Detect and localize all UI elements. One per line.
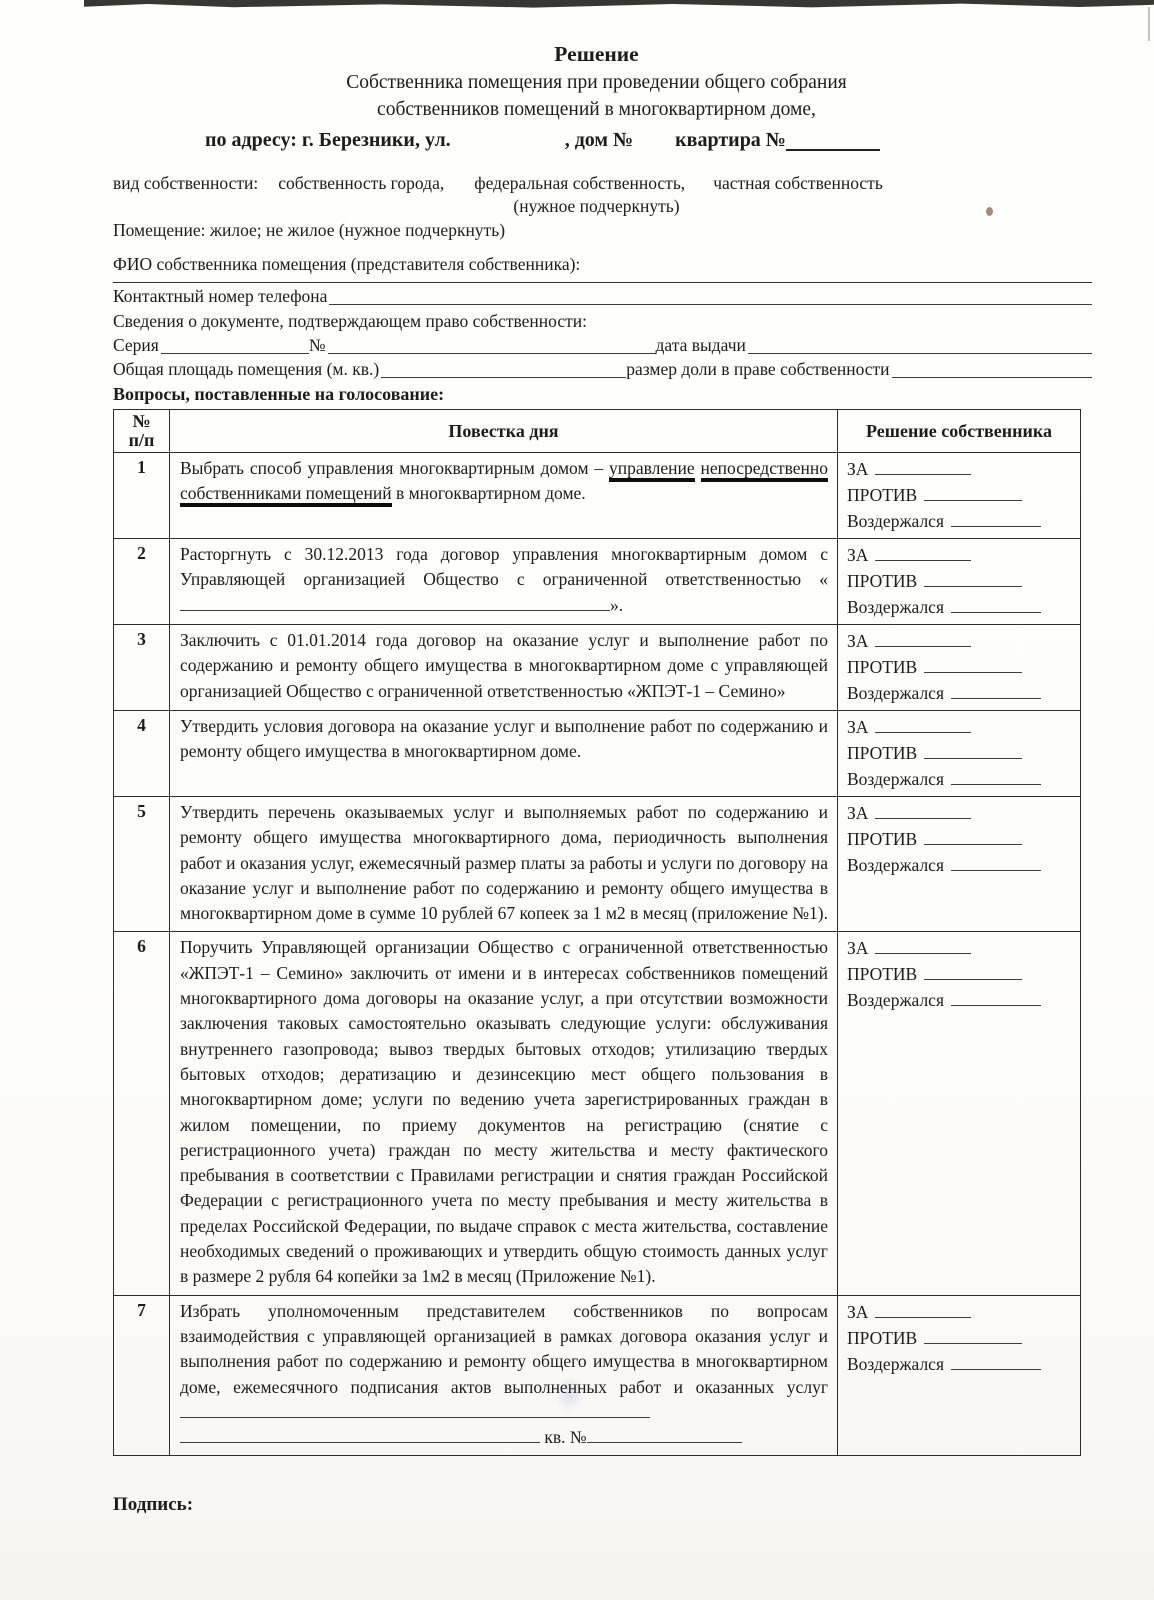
decision-option-label: ЗА bbox=[847, 717, 868, 737]
table-row: 5Утвердить перечень оказываемых услуг и … bbox=[114, 797, 1081, 932]
decision-option: ЗА bbox=[847, 542, 1076, 568]
decision-cell: ЗАПРОТИВВоздержался bbox=[838, 797, 1081, 932]
owner-name-blank-line bbox=[113, 276, 1092, 283]
decision-cell: ЗАПРОТИВВоздержался bbox=[838, 932, 1081, 1295]
agenda-text-segment bbox=[695, 458, 701, 478]
agenda-text: Выбрать способ управления многоквартирны… bbox=[170, 453, 838, 539]
address-house-label: , дом № bbox=[565, 125, 633, 155]
column-header-decision: Решение собственника bbox=[838, 410, 1081, 453]
ownership-option-private: частная собственность bbox=[713, 173, 883, 194]
decision-option: ЗА bbox=[847, 800, 1076, 826]
decision-blank bbox=[924, 1326, 1022, 1344]
number-label: № bbox=[309, 334, 326, 357]
ownership-option-city: собственность города, bbox=[278, 173, 444, 194]
agenda-text-segment: Утвердить условия договора на оказание у… bbox=[180, 716, 828, 761]
decision-option: ПРОТИВ bbox=[847, 826, 1076, 852]
column-header-agenda: Повестка дня bbox=[170, 410, 838, 453]
row-number: 2 bbox=[114, 539, 170, 625]
table-row: 3Заключить с 01.01.2014 года договор на … bbox=[114, 625, 1081, 711]
phone-label: Контактный номер телефона bbox=[113, 285, 327, 308]
decision-option: ЗА bbox=[847, 935, 1076, 961]
decision-blank bbox=[875, 937, 971, 955]
agenda-text-segment: Избрать уполномоченным представителем со… bbox=[180, 1301, 828, 1397]
document-title: Решение bbox=[113, 40, 1080, 69]
row-number: 6 bbox=[114, 932, 170, 1295]
decision-blank bbox=[951, 509, 1041, 527]
decision-option-label: ЗА bbox=[847, 459, 868, 479]
decision-option-label: ПРОТИВ bbox=[847, 743, 917, 763]
scan-artifact-right-mark bbox=[1148, 7, 1150, 41]
decision-blank bbox=[924, 483, 1022, 501]
decision-option: Воздержался bbox=[847, 1351, 1076, 1377]
issue-date-label: дата выдачи bbox=[656, 334, 746, 357]
ownership-share-blank bbox=[892, 377, 1092, 378]
decision-cell: ЗАПРОТИВВоздержался bbox=[838, 625, 1081, 711]
decision-option-label: ПРОТИВ bbox=[847, 1328, 917, 1348]
row-number: 1 bbox=[114, 453, 170, 539]
table-row: 6Поручить Управляющей организации Общест… bbox=[114, 932, 1081, 1295]
blank-line bbox=[180, 1400, 650, 1418]
underline-instruction-note: (нужное подчеркнуть) bbox=[113, 195, 1080, 218]
decision-option: ЗА bbox=[847, 456, 1076, 482]
blank-line bbox=[180, 593, 610, 611]
table-row: 1Выбрать способ управления многоквартирн… bbox=[114, 453, 1081, 539]
document-subtitle-line2: собственников помещений в многоквартирно… bbox=[113, 96, 1080, 123]
decision-blank bbox=[951, 989, 1041, 1007]
decision-blank bbox=[924, 827, 1022, 845]
decision-blank bbox=[951, 767, 1041, 785]
decision-option: Воздержался bbox=[847, 766, 1076, 792]
decision-cell: ЗАПРОТИВВоздержался bbox=[838, 539, 1081, 625]
decision-cell: ЗАПРОТИВВоздержался bbox=[838, 1295, 1081, 1456]
ownership-type-line: вид собственности: собственность города,… bbox=[113, 173, 1080, 194]
apartment-number-blank bbox=[786, 149, 880, 151]
decision-option-label: Воздержался bbox=[847, 769, 944, 789]
decision-blank bbox=[875, 629, 971, 647]
ownership-option-federal: федеральная собственность, bbox=[474, 173, 685, 194]
hand-underlined-text: управление bbox=[609, 458, 695, 482]
table-row: 4Утвердить условия договора на оказание … bbox=[114, 711, 1081, 797]
decision-blank bbox=[924, 569, 1022, 587]
voting-table: № п/п Повестка дня Решение собственника … bbox=[113, 409, 1081, 1456]
document-page: Решение Собственника помещения при прове… bbox=[0, 0, 1154, 1600]
decision-option: ЗА bbox=[847, 628, 1076, 654]
table-row: 7Избрать уполномоченным представителем с… bbox=[114, 1295, 1081, 1456]
questions-heading: Вопросы, поставленные на голосование: bbox=[113, 382, 1080, 406]
address-prefix: по адресу: г. Березники, ул. bbox=[205, 125, 451, 155]
agenda-text: Поручить Управляющей организации Обществ… bbox=[170, 932, 838, 1295]
issue-date-blank bbox=[748, 353, 1092, 354]
table-row: 2Расторгнуть с 30.12.2013 года договор у… bbox=[114, 539, 1081, 625]
decision-blank bbox=[875, 801, 971, 819]
decision-option: ПРОТИВ bbox=[847, 482, 1076, 508]
row-number: 5 bbox=[114, 797, 170, 932]
premises-type-line: Помещение: жилое; не жилое (нужное подче… bbox=[113, 219, 1080, 242]
decision-option: Воздержался bbox=[847, 987, 1076, 1013]
number-sign: № bbox=[118, 412, 165, 431]
document-content: Решение Собственника помещения при прове… bbox=[113, 0, 1080, 1516]
table-header-row: № п/п Повестка дня Решение собственника bbox=[114, 410, 1081, 453]
decision-option-label: ПРОТИВ bbox=[847, 571, 917, 591]
decision-option-label: Воздержался bbox=[847, 855, 944, 875]
decision-cell: ЗАПРОТИВВоздержался bbox=[838, 711, 1081, 797]
agenda-text-segment: в многоквартирном доме. bbox=[392, 483, 586, 503]
decision-blank bbox=[951, 595, 1041, 613]
decision-option-label: Воздержался bbox=[847, 990, 944, 1010]
decision-option-label: ЗА bbox=[847, 631, 868, 651]
column-header-number: № п/п bbox=[114, 410, 170, 453]
address-apartment-label: квартира № bbox=[675, 125, 786, 155]
signature-label: Подпись: bbox=[113, 1494, 1080, 1516]
decision-option: ПРОТИВ bbox=[847, 654, 1076, 680]
decision-cell: ЗАПРОТИВВоздержался bbox=[838, 453, 1081, 539]
document-subtitle-line1: Собственника помещения при проведении об… bbox=[113, 69, 1080, 96]
address-line: по адресу: г. Березники, ул. , дом № ква… bbox=[205, 125, 1080, 155]
number-sign-sub: п/п bbox=[118, 431, 165, 450]
decision-blank bbox=[924, 741, 1022, 759]
decision-option-label: ПРОТИВ bbox=[847, 964, 917, 984]
series-blank bbox=[161, 353, 309, 354]
agenda-text-segment: Расторгнуть с 30.12.2013 года договор уп… bbox=[180, 544, 828, 589]
decision-blank bbox=[951, 853, 1041, 871]
decision-option: ПРОТИВ bbox=[847, 961, 1076, 987]
agenda-text-segment: Утвердить перечень оказываемых услуг и в… bbox=[180, 802, 828, 923]
decision-blank bbox=[924, 655, 1022, 673]
decision-option-label: ПРОТИВ bbox=[847, 657, 917, 677]
decision-option: Воздержался bbox=[847, 594, 1076, 620]
row-number: 7 bbox=[114, 1295, 170, 1456]
decision-option: ЗА bbox=[847, 714, 1076, 740]
decision-option: Воздержался bbox=[847, 680, 1076, 706]
decision-option: Воздержался bbox=[847, 852, 1076, 878]
agenda-text-segment: Поручить Управляющей организации Обществ… bbox=[180, 937, 828, 1286]
ownership-label: вид собственности: bbox=[113, 173, 258, 194]
agenda-text-segment: Заключить с 01.01.2014 года договор на о… bbox=[180, 630, 828, 701]
number-blank bbox=[328, 353, 656, 354]
decision-option-label: ЗА bbox=[847, 545, 868, 565]
agenda-text: Утвердить перечень оказываемых услуг и в… bbox=[170, 797, 838, 932]
blank-line bbox=[180, 1426, 540, 1444]
agenda-text: Утвердить условия договора на оказание у… bbox=[170, 711, 838, 797]
decision-option-label: ПРОТИВ bbox=[847, 829, 917, 849]
area-label: Общая площадь помещения (м. кв.) bbox=[113, 358, 379, 381]
decision-option-label: Воздержался bbox=[847, 511, 944, 531]
agenda-text-segment: Выбрать способ управления многоквартирны… bbox=[180, 458, 609, 478]
area-line: Общая площадь помещения (м. кв.) размер … bbox=[113, 358, 1080, 381]
decision-option-label: ЗА bbox=[847, 938, 868, 958]
decision-option: ЗА bbox=[847, 1299, 1076, 1325]
agenda-text: Расторгнуть с 30.12.2013 года договор уп… bbox=[170, 539, 838, 625]
phone-blank bbox=[329, 304, 1092, 305]
series-line: Серия № дата выдачи bbox=[113, 334, 1080, 357]
decision-blank bbox=[875, 543, 971, 561]
row-number: 4 bbox=[114, 711, 170, 797]
area-blank bbox=[381, 377, 626, 378]
document-header: Решение Собственника помещения при прове… bbox=[113, 40, 1080, 123]
owner-name-label: ФИО собственника помещения (представител… bbox=[113, 253, 1080, 276]
ownership-share-label: размер доли в праве собственности bbox=[626, 358, 889, 381]
agenda-text: Заключить с 01.01.2014 года договор на о… bbox=[170, 625, 838, 711]
decision-option: ПРОТИВ bbox=[847, 1325, 1076, 1351]
series-label: Серия bbox=[113, 334, 159, 357]
form-fields: вид собственности: собственность города,… bbox=[113, 173, 1080, 406]
agenda-text: Избрать уполномоченным представителем со… bbox=[170, 1295, 838, 1456]
decision-option: ПРОТИВ bbox=[847, 568, 1076, 594]
decision-option: Воздержался bbox=[847, 508, 1076, 534]
agenda-text-segment: ». bbox=[610, 595, 623, 615]
decision-option-label: Воздержался bbox=[847, 683, 944, 703]
document-info-label: Сведения о документе, подтверждающем пра… bbox=[113, 309, 1080, 333]
row-number: 3 bbox=[114, 625, 170, 711]
decision-blank bbox=[875, 715, 971, 733]
phone-line: Контактный номер телефона bbox=[113, 285, 1080, 308]
decision-option-label: ЗА bbox=[847, 1302, 868, 1322]
decision-option-label: Воздержался bbox=[847, 597, 944, 617]
decision-option-label: ЗА bbox=[847, 803, 868, 823]
decision-blank bbox=[875, 1300, 971, 1318]
decision-blank bbox=[951, 1352, 1041, 1370]
decision-option: ПРОТИВ bbox=[847, 740, 1076, 766]
decision-blank bbox=[951, 681, 1041, 699]
agenda-text-segment: кв. № bbox=[540, 1427, 587, 1447]
blank-line bbox=[587, 1426, 742, 1444]
decision-option-label: ПРОТИВ bbox=[847, 485, 917, 505]
decision-blank bbox=[875, 457, 971, 475]
decision-option-label: Воздержался bbox=[847, 1354, 944, 1374]
decision-blank bbox=[924, 963, 1022, 981]
